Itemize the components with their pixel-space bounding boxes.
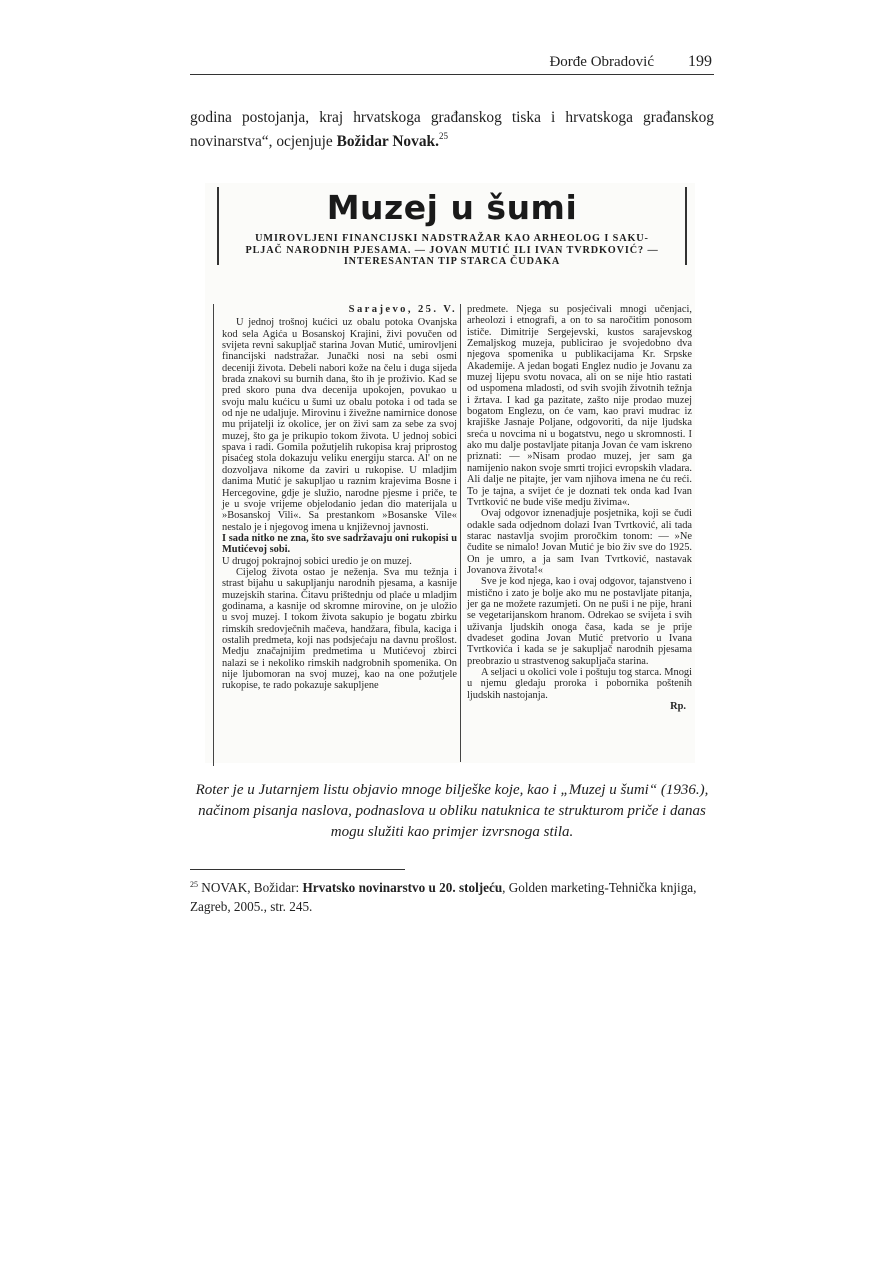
figure-caption: Roter je u Jutarnjem listu objavio mnoge… bbox=[190, 780, 714, 843]
clipping-headline-box: Muzej u šumi UMIROVLJENI FINANCIJSKI NAD… bbox=[217, 187, 687, 265]
article-paragraph: Ovaj odgovor iznenadjuje posjetnika, koj… bbox=[467, 508, 692, 576]
article-signature: Rp. bbox=[467, 701, 692, 712]
article-paragraph: predmete. Njega su posjećivali mnogi uče… bbox=[467, 304, 692, 508]
article-paragraph: A seljaci u okolici vole i poštuju tog s… bbox=[467, 667, 692, 701]
running-header: Đorđe Obradović 199 bbox=[190, 52, 714, 75]
newspaper-clipping-image: Muzej u šumi UMIROVLJENI FINANCIJSKI NAD… bbox=[205, 183, 695, 763]
footnote-number: 25 bbox=[190, 880, 198, 889]
article-paragraph: U drugoj pokrajnoj sobici uredio je on m… bbox=[222, 556, 457, 567]
subtitle-line: PLJAČ NARODNIH PJESAMA. — JOVAN MUTIĆ IL… bbox=[229, 245, 675, 257]
clipping-right-column: predmete. Njega su posjećivali mnogi uče… bbox=[460, 304, 692, 762]
header-author: Đorđe Obradović bbox=[549, 54, 654, 71]
page-number: 199 bbox=[688, 53, 712, 71]
footnote-author: NOVAK, Božidar: bbox=[198, 880, 303, 895]
cited-author-name: Božidar Novak. bbox=[337, 133, 439, 150]
body-paragraph: godina postojanja, kraj hrvatskoga građa… bbox=[190, 106, 714, 154]
dateline: Sarajevo, 25. V. bbox=[222, 304, 457, 315]
article-paragraph: U jednoj trošnoj kućici uz obalu potoka … bbox=[222, 317, 457, 533]
footnote-divider bbox=[190, 869, 405, 870]
footnote-reference[interactable]: 25 bbox=[439, 131, 448, 141]
book-page: Đorđe Obradović 199 godina postojanja, k… bbox=[0, 0, 892, 1263]
subtitle-line: UMIROVLJENI FINANCIJSKI NADSTRAŽAR KAO A… bbox=[229, 233, 675, 245]
clipping-subtitle: UMIROVLJENI FINANCIJSKI NADSTRAŽAR KAO A… bbox=[229, 233, 675, 268]
body-text: godina postojanja, kraj hrvatskoga građa… bbox=[190, 109, 714, 150]
footnote: 25 NOVAK, Božidar: Hrvatsko novinarstvo … bbox=[190, 878, 716, 916]
clipping-title: Muzej u šumi bbox=[219, 191, 685, 225]
article-paragraph: Sve je kod njega, kao i ovaj odgovor, ta… bbox=[467, 576, 692, 667]
article-paragraph: Cijelog života ostao je neženja. Sva mu … bbox=[222, 567, 457, 692]
clipping-left-column: Sarajevo, 25. V. U jednoj trošnoj kućici… bbox=[213, 304, 457, 766]
footnote-book-title: Hrvatsko novinarstvo u 20. stoljeću bbox=[303, 880, 503, 895]
subtitle-line: INTERESANTAN TIP STARCA ČUDAKA bbox=[229, 256, 675, 268]
article-paragraph-bold: I sada nitko ne zna, što sve sadržavaju … bbox=[222, 533, 457, 556]
